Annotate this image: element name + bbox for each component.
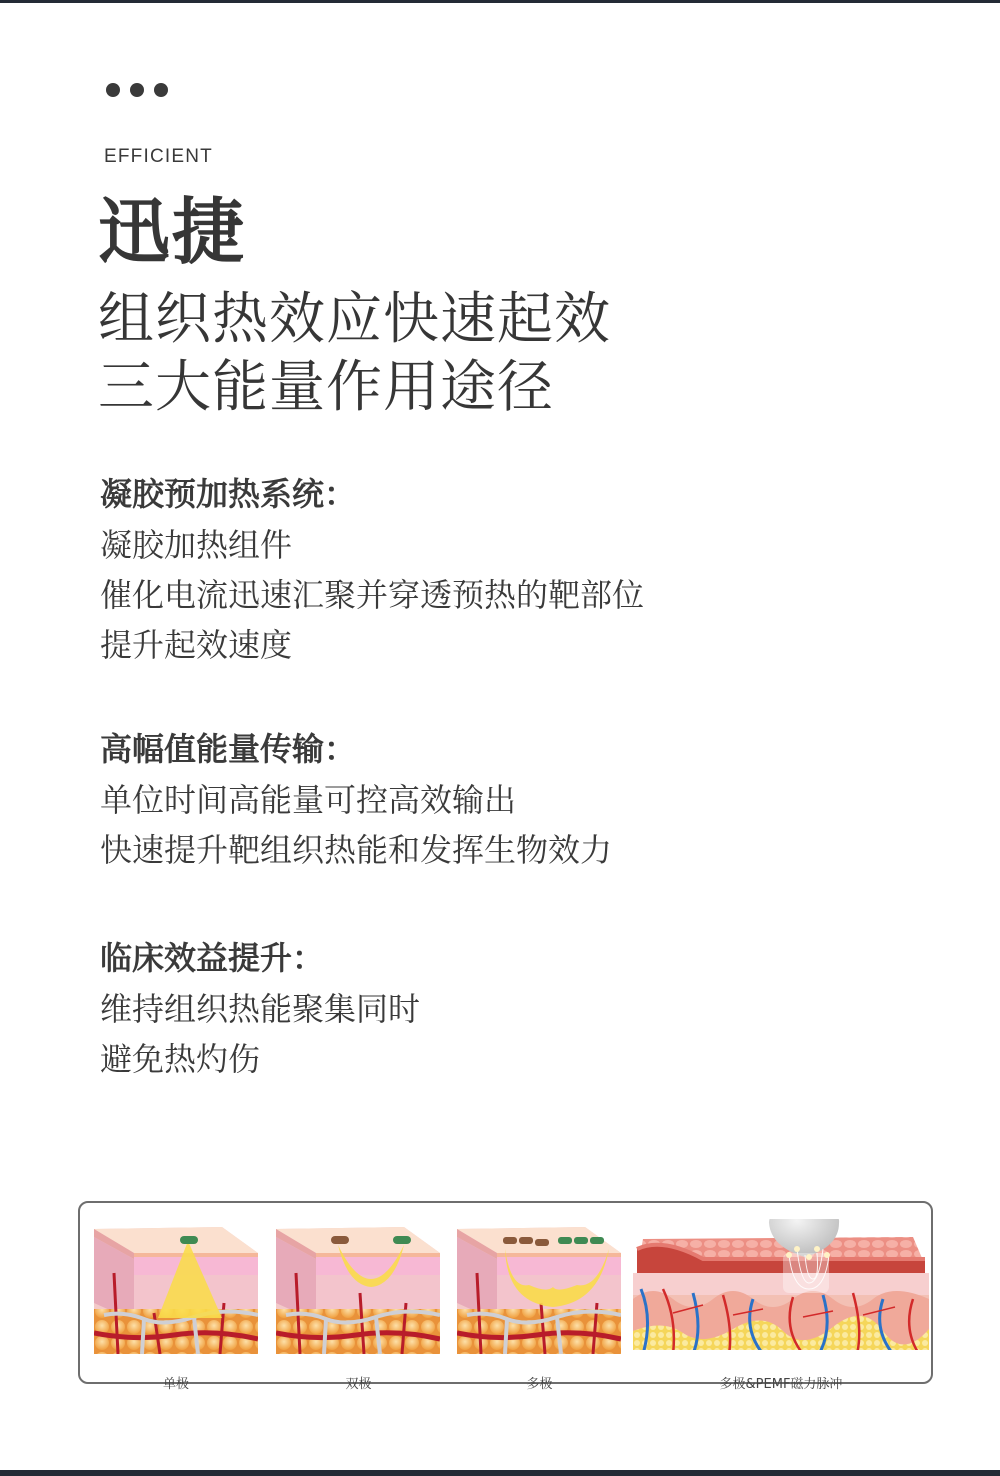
top-border-bar: [0, 0, 1000, 3]
section-line: 凝胶加热组件: [100, 520, 644, 570]
subtitle-line-2: 三大能量作用途径: [98, 360, 554, 416]
energy-modes-panel: 单极 双极: [78, 1201, 933, 1384]
section-heading: 临床效益提升：: [100, 938, 420, 978]
section-heading: 高幅值能量传输：: [100, 729, 612, 769]
decorative-dots-icon: [106, 83, 168, 97]
section-clinical-benefit: 临床效益提升： 维持组织热能聚集同时 避免热灼伤: [100, 938, 420, 1084]
subtitle-line-1: 组织热效应快速起效: [98, 292, 611, 348]
figure-caption: 多极&PEMF磁力脉冲: [633, 1373, 929, 1392]
skin-bipolar-illustration-icon: [276, 1223, 440, 1354]
figure-caption: 多极: [457, 1373, 622, 1392]
figure-caption: 单极: [94, 1373, 258, 1392]
figure-caption: 双极: [276, 1373, 441, 1392]
section-line: 提升起效速度: [100, 620, 644, 670]
skin-multipolar-illustration-icon: [457, 1223, 621, 1354]
dot-icon: [130, 83, 144, 97]
page-title: 迅捷: [98, 196, 246, 268]
section-gel-preheat: 凝胶预加热系统： 凝胶加热组件 催化电流迅速汇聚并穿透预热的靶部位 提升起效速度: [100, 474, 644, 670]
section-line: 避免热灼伤: [100, 1034, 420, 1084]
section-line: 催化电流迅速汇聚并穿透预热的靶部位: [100, 570, 644, 620]
skin-multipolar-pemf-illustration-icon: [633, 1219, 929, 1350]
section-line: 维持组织热能聚集同时: [100, 984, 420, 1034]
bottom-border-bar: [0, 1470, 1000, 1476]
skin-monopolar-illustration-icon: [94, 1223, 258, 1354]
section-line: 快速提升靶组织热能和发挥生物效力: [100, 825, 612, 875]
dot-icon: [154, 83, 168, 97]
section-high-amplitude: 高幅值能量传输： 单位时间高能量可控高效输出 快速提升靶组织热能和发挥生物效力: [100, 729, 612, 875]
section-line: 单位时间高能量可控高效输出: [100, 775, 612, 825]
eyebrow-label: EFFICIENT: [104, 146, 213, 168]
section-heading: 凝胶预加热系统：: [100, 474, 644, 514]
dot-icon: [106, 83, 120, 97]
